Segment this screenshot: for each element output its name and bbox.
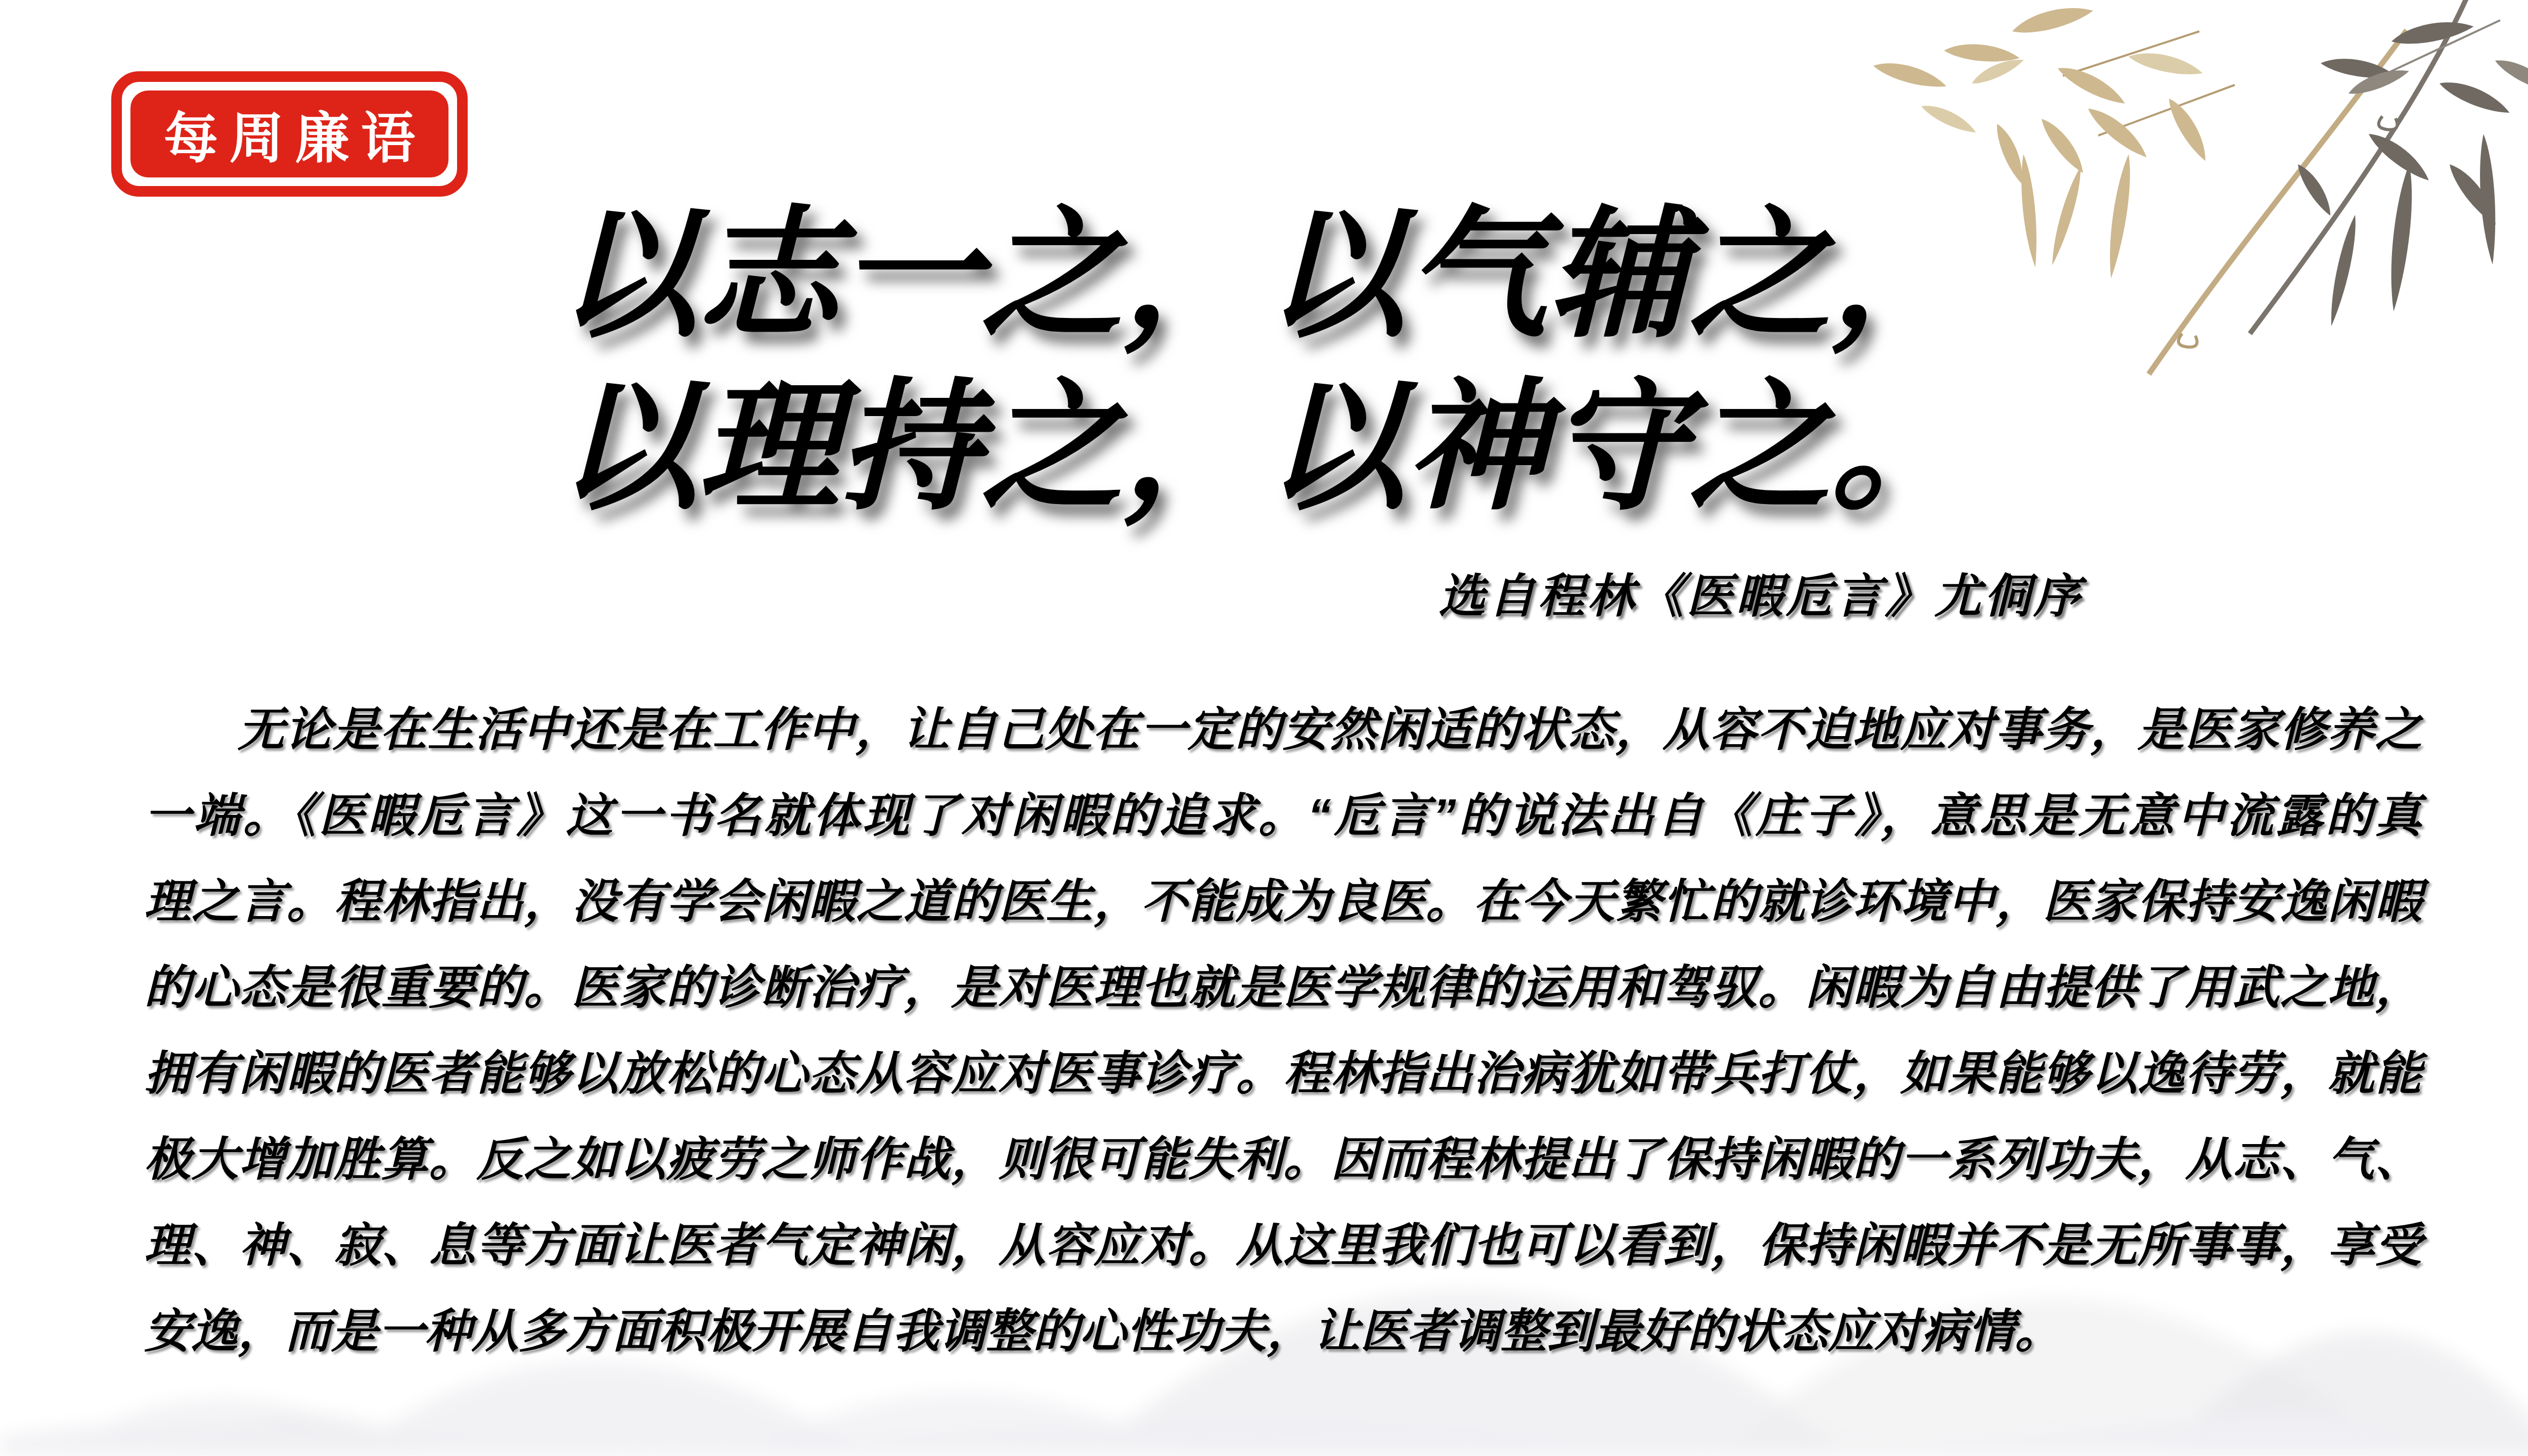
seal-text: 每周廉语 [130, 90, 448, 177]
body-paragraph: 无论是在生活中还是在工作中，让自己处在一定的安然闲适的状态，从容不迫地应对事务，… [144, 687, 2422, 1374]
body-line: 无论是在生活中还是在工作中，让自己处在一定的安然闲适的状态，从容不迫地应对事务，… [144, 687, 2422, 773]
body-line: 理之言。程林指出，没有学会闲暇之道的医生，不能成为良医。在今天繁忙的就诊环境中，… [144, 859, 2422, 945]
quote-line-1: 以志一之，以气辅之， [0, 188, 2528, 361]
body-line: 一端。《医暇卮言》这一书名就体现了对闲暇的追求。“卮言”的说法出自《庄子》，意思… [144, 773, 2422, 859]
quote-line-2: 以理持之，以神守之。 [0, 360, 2528, 533]
body-line: 的心态是很重要的。医家的诊断治疗，是对医理也就是医学规律的运用和驾驭。闲暇为自由… [144, 945, 2422, 1031]
body-line: 拥有闲暇的医者能够以放松的心态从容应对医事诊疗。程林指出治病犹如带兵打仗，如果能… [144, 1031, 2422, 1117]
quote-attribution: 选自程林《医暇卮言》尤侗序 [1438, 559, 2083, 626]
quote-calligraphy: 以志一之，以气辅之， 以理持之，以神守之。 [0, 188, 2528, 533]
slide: 每周廉语 以志一之，以气辅之， 以理持之，以神守之。 选自程林《医暇卮言》尤侗序… [0, 0, 2528, 1456]
body-line: 安逸，而是一种从多方面积极开展自我调整的心性功夫，让医者调整到最好的状态应对病情… [144, 1289, 2422, 1375]
weekly-quote-seal: 每周廉语 [111, 71, 468, 197]
body-line: 理、神、寂、息等方面让医者气定神闲，从容应对。从这里我们也可以看到，保持闲暇并不… [144, 1203, 2422, 1289]
body-line: 极大增加胜算。反之如以疲劳之师作战，则很可能失利。因而程林提出了保持闲暇的一系列… [144, 1117, 2422, 1203]
